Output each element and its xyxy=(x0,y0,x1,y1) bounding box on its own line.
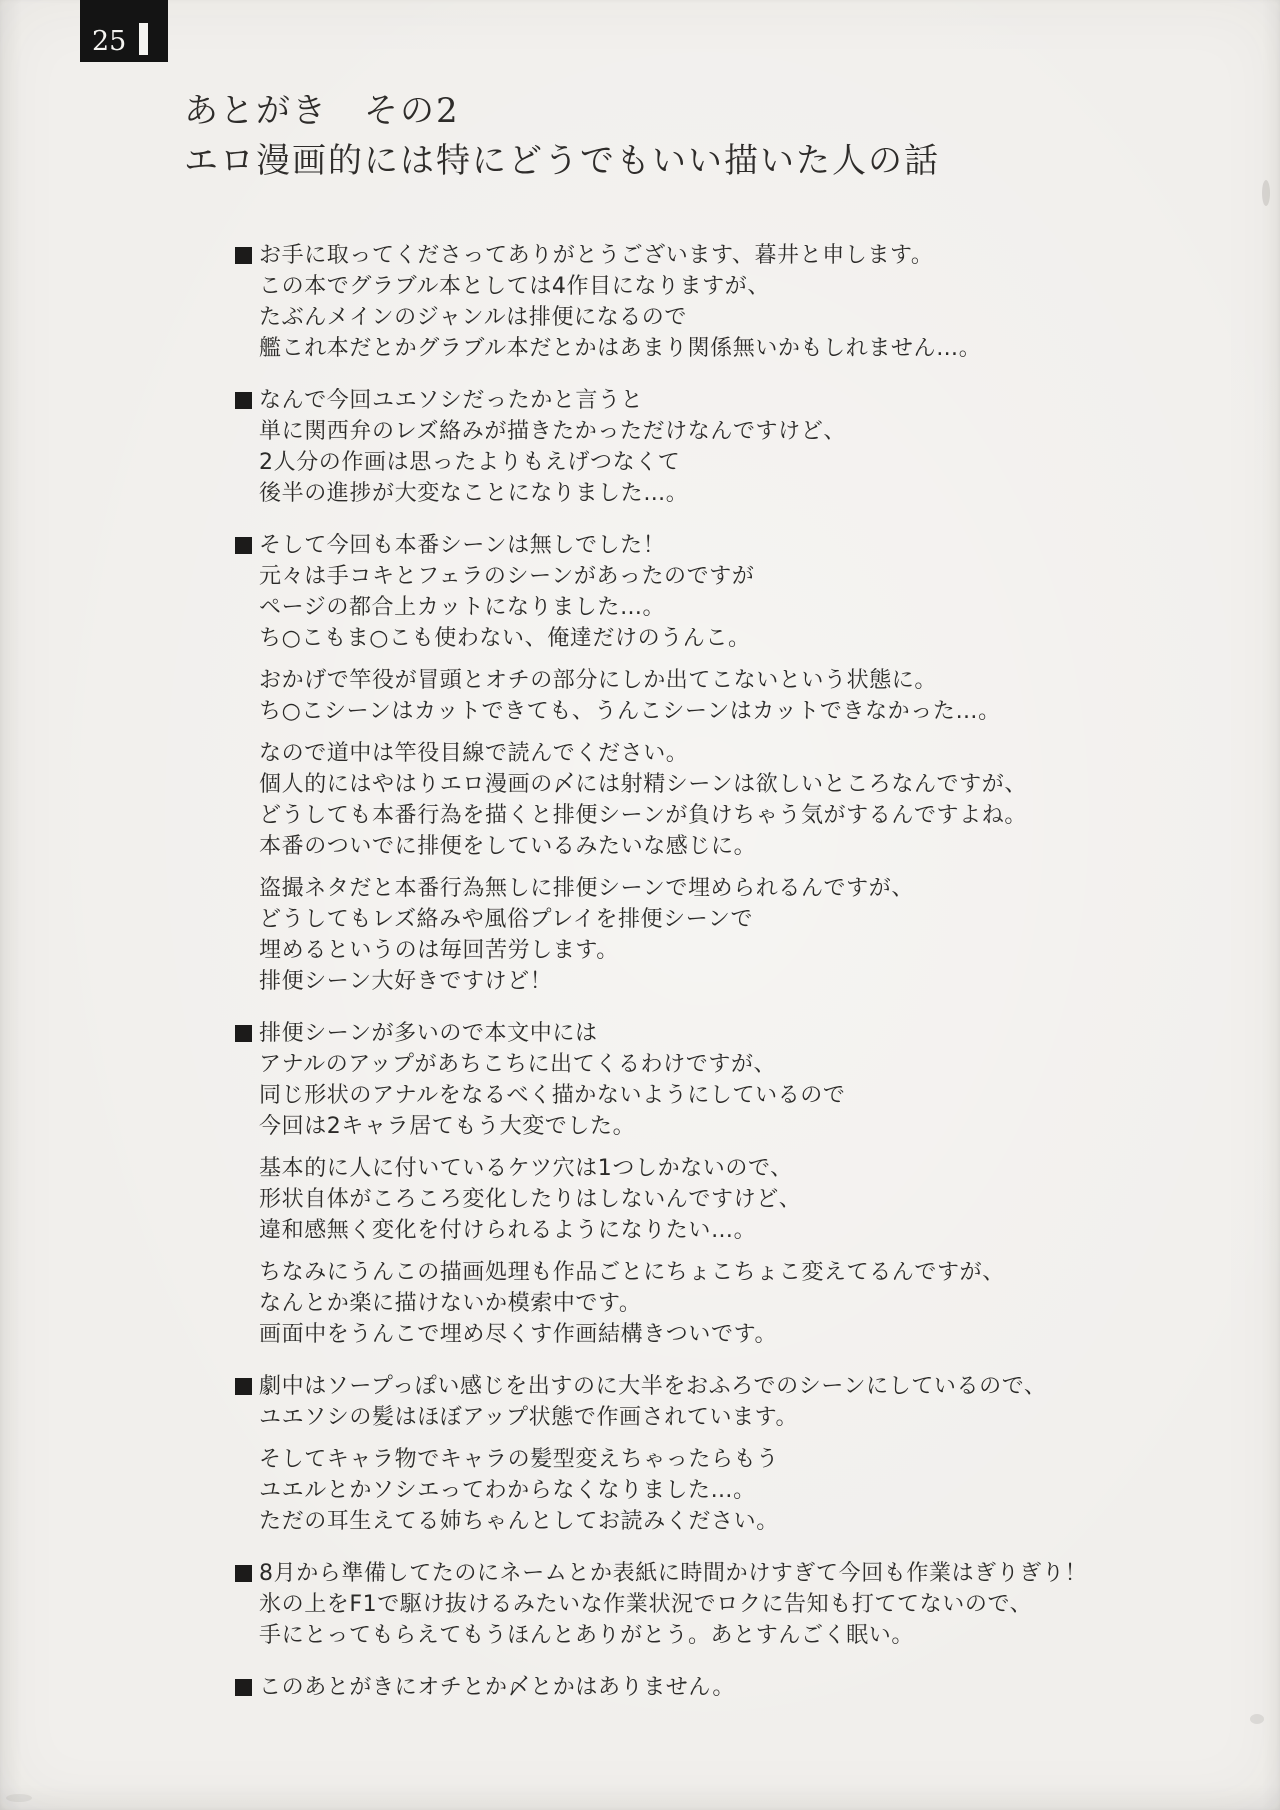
text-line: 排便シーン大好きですけど！ xyxy=(259,966,1195,997)
text-line: このあとがきにオチとか〆とかはありません。 xyxy=(259,1672,1195,1703)
text-line: どうしても本番行為を描くと排便シーンが負けちゃう気がするんですよね。 xyxy=(259,800,1195,831)
page-number: 25 xyxy=(92,28,126,55)
paragraph: おかげで竿役が冒頭とオチの部分にしか出てこないという状態に。ち○こシーンはカット… xyxy=(235,665,1195,727)
text-line: なので道中は竿役目線で読んでください。 xyxy=(259,738,1195,769)
paragraph-lines: 排便シーンが多いので本文中にはアナルのアップがあちこちに出てくるわけですが、同じ… xyxy=(259,1018,1195,1142)
text-line: ち○こもま○こも使わない、俺達だけのうんこ。 xyxy=(259,623,1195,654)
text-line: 画面中をうんこで埋め尽くす作画結構きついです。 xyxy=(259,1319,1195,1350)
text-line: ページの都合上カットになりました…。 xyxy=(259,592,1195,623)
bullet-square-icon xyxy=(235,537,252,554)
paragraph: 劇中はソープっぽい感じを出すのに大半をおふろでのシーンにしているので、ユエソシの… xyxy=(235,1371,1195,1433)
paragraph-lines: お手に取ってくださってありがとうございます、暮井と申します。この本でグラブル本と… xyxy=(259,240,1195,364)
bullet-square-icon xyxy=(235,247,252,264)
bullet-square-icon xyxy=(235,1025,252,1042)
paragraph: ちなみにうんこの描画処理も作品ごとにちょこちょこ変えてるんですが、なんとか楽に描… xyxy=(235,1257,1195,1350)
text-line: なんで今回ユエソシだったかと言うと xyxy=(259,385,1195,416)
page-number-tab: 25 xyxy=(80,0,168,62)
text-line: 同じ形状のアナルをなるべく描かないようにしているので xyxy=(259,1080,1195,1111)
text-line: 後半の進捗が大変なことになりました…。 xyxy=(259,478,1195,509)
text-line: 本番のついでに排便をしているみたいな感じに。 xyxy=(259,831,1195,862)
text-line: 今回は2キャラ居てもう大変でした。 xyxy=(259,1111,1195,1142)
paragraph-lines: そして今回も本番シーンは無しでした！元々は手コキとフェラのシーンがあったのですが… xyxy=(259,530,1195,654)
paragraph: お手に取ってくださってありがとうございます、暮井と申します。この本でグラブル本と… xyxy=(235,240,1195,364)
text-line: 手にとってもらえてもうほんとありがとう。あとすんごく眠い。 xyxy=(259,1620,1195,1651)
text-line: お手に取ってくださってありがとうございます、暮井と申します。 xyxy=(259,240,1195,271)
text-line: ユエソシの髪はほぼアップ状態で作画されています。 xyxy=(259,1402,1195,1433)
text-line: 劇中はソープっぽい感じを出すのに大半をおふろでのシーンにしているので、 xyxy=(259,1371,1195,1402)
title-line-2: エロ漫画的には特にどうでもいい描いた人の話 xyxy=(184,136,940,186)
paragraph-lines: 盗撮ネタだと本番行為無しに排便シーンで埋められるんですが、どうしてもレズ絡みや風… xyxy=(259,873,1195,997)
paragraph-lines: おかげで竿役が冒頭とオチの部分にしか出てこないという状態に。ち○こシーンはカット… xyxy=(259,665,1195,727)
paragraph-lines: 基本的に人に付いているケツ穴は1つしかないので、形状自体がころころ変化したりはし… xyxy=(259,1153,1195,1246)
paragraph: そしてキャラ物でキャラの髪型変えちゃったらもうユエルとかソシエってわからなくなり… xyxy=(235,1444,1195,1537)
paragraph: このあとがきにオチとか〆とかはありません。 xyxy=(235,1672,1195,1703)
title-line-1: あとがき その2 xyxy=(184,86,940,136)
bullet-square-icon xyxy=(235,392,252,409)
bullet-square-icon xyxy=(235,1565,252,1582)
paragraph: 排便シーンが多いので本文中にはアナルのアップがあちこちに出てくるわけですが、同じ… xyxy=(235,1018,1195,1142)
text-line: ただの耳生えてる姉ちゃんとしてお読みください。 xyxy=(259,1506,1195,1537)
text-line: 排便シーンが多いので本文中には xyxy=(259,1018,1195,1049)
scan-artifact xyxy=(1262,180,1270,206)
paragraph-lines: なんで今回ユエソシだったかと言うと単に関西弁のレズ絡みが描きたかっただけなんです… xyxy=(259,385,1195,509)
text-line: 氷の上をF1で駆け抜けるみたいな作業状況でロクに告知も打ててないので、 xyxy=(259,1589,1195,1620)
text-line: 違和感無く変化を付けられるようになりたい…。 xyxy=(259,1215,1195,1246)
bullet-square-icon xyxy=(235,1378,252,1395)
text-line: 個人的にはやはりエロ漫画の〆には射精シーンは欲しいところなんですが、 xyxy=(259,769,1195,800)
paragraph-lines: そしてキャラ物でキャラの髪型変えちゃったらもうユエルとかソシエってわからなくなり… xyxy=(259,1444,1195,1537)
afterword-title: あとがき その2 エロ漫画的には特にどうでもいい描いた人の話 xyxy=(184,86,940,186)
page-tab-bar-icon xyxy=(139,23,148,55)
text-line: そして今回も本番シーンは無しでした！ xyxy=(259,530,1195,561)
text-line: なんとか楽に描けないか模索中です。 xyxy=(259,1288,1195,1319)
text-line: 基本的に人に付いているケツ穴は1つしかないので、 xyxy=(259,1153,1195,1184)
text-line: 単に関西弁のレズ絡みが描きたかっただけなんですけど、 xyxy=(259,416,1195,447)
paragraph: 8月から準備してたのにネームとか表紙に時間かけすぎて今回も作業はぎりぎり！氷の上… xyxy=(235,1558,1195,1651)
paragraph-lines: 8月から準備してたのにネームとか表紙に時間かけすぎて今回も作業はぎりぎり！氷の上… xyxy=(259,1558,1195,1651)
text-line: 2人分の作画は思ったよりもえげつなくて xyxy=(259,447,1195,478)
text-line: 元々は手コキとフェラのシーンがあったのですが xyxy=(259,561,1195,592)
paragraph: そして今回も本番シーンは無しでした！元々は手コキとフェラのシーンがあったのですが… xyxy=(235,530,1195,654)
scan-artifact xyxy=(6,1794,32,1802)
text-line: 形状自体がころころ変化したりはしないんですけど、 xyxy=(259,1184,1195,1215)
paragraph: なんで今回ユエソシだったかと言うと単に関西弁のレズ絡みが描きたかっただけなんです… xyxy=(235,385,1195,509)
text-line: おかげで竿役が冒頭とオチの部分にしか出てこないという状態に。 xyxy=(259,665,1195,696)
scanned-page: 25 あとがき その2 エロ漫画的には特にどうでもいい描いた人の話 お手に取って… xyxy=(0,0,1280,1810)
text-line: アナルのアップがあちこちに出てくるわけですが、 xyxy=(259,1049,1195,1080)
text-line: 艦これ本だとかグラブル本だとかはあまり関係無いかもしれません…。 xyxy=(259,333,1195,364)
paragraph-lines: このあとがきにオチとか〆とかはありません。 xyxy=(259,1672,1195,1703)
bullet-square-icon xyxy=(235,1679,252,1696)
text-line: ちなみにうんこの描画処理も作品ごとにちょこちょこ変えてるんですが、 xyxy=(259,1257,1195,1288)
paragraph-lines: ちなみにうんこの描画処理も作品ごとにちょこちょこ変えてるんですが、なんとか楽に描… xyxy=(259,1257,1195,1350)
scan-artifact xyxy=(1250,1714,1264,1724)
paragraph-lines: 劇中はソープっぽい感じを出すのに大半をおふろでのシーンにしているので、ユエソシの… xyxy=(259,1371,1195,1433)
text-line: ち○こシーンはカットできても、うんこシーンはカットできなかった…。 xyxy=(259,696,1195,727)
text-line: 埋めるというのは毎回苦労します。 xyxy=(259,935,1195,966)
text-line: ユエルとかソシエってわからなくなりました…。 xyxy=(259,1475,1195,1506)
paragraph: 基本的に人に付いているケツ穴は1つしかないので、形状自体がころころ変化したりはし… xyxy=(235,1153,1195,1246)
text-line: 8月から準備してたのにネームとか表紙に時間かけすぎて今回も作業はぎりぎり！ xyxy=(259,1558,1195,1589)
text-line: たぶんメインのジャンルは排便になるので xyxy=(259,302,1195,333)
text-line: そしてキャラ物でキャラの髪型変えちゃったらもう xyxy=(259,1444,1195,1475)
text-line: どうしてもレズ絡みや風俗プレイを排便シーンで xyxy=(259,904,1195,935)
paragraph-lines: なので道中は竿役目線で読んでください。個人的にはやはりエロ漫画の〆には射精シーン… xyxy=(259,738,1195,862)
text-line: 盗撮ネタだと本番行為無しに排便シーンで埋められるんですが、 xyxy=(259,873,1195,904)
paragraph: 盗撮ネタだと本番行為無しに排便シーンで埋められるんですが、どうしてもレズ絡みや風… xyxy=(235,873,1195,997)
afterword-body: お手に取ってくださってありがとうございます、暮井と申します。この本でグラブル本と… xyxy=(235,240,1195,1703)
paragraph: なので道中は竿役目線で読んでください。個人的にはやはりエロ漫画の〆には射精シーン… xyxy=(235,738,1195,862)
text-line: この本でグラブル本としては4作目になりますが、 xyxy=(259,271,1195,302)
